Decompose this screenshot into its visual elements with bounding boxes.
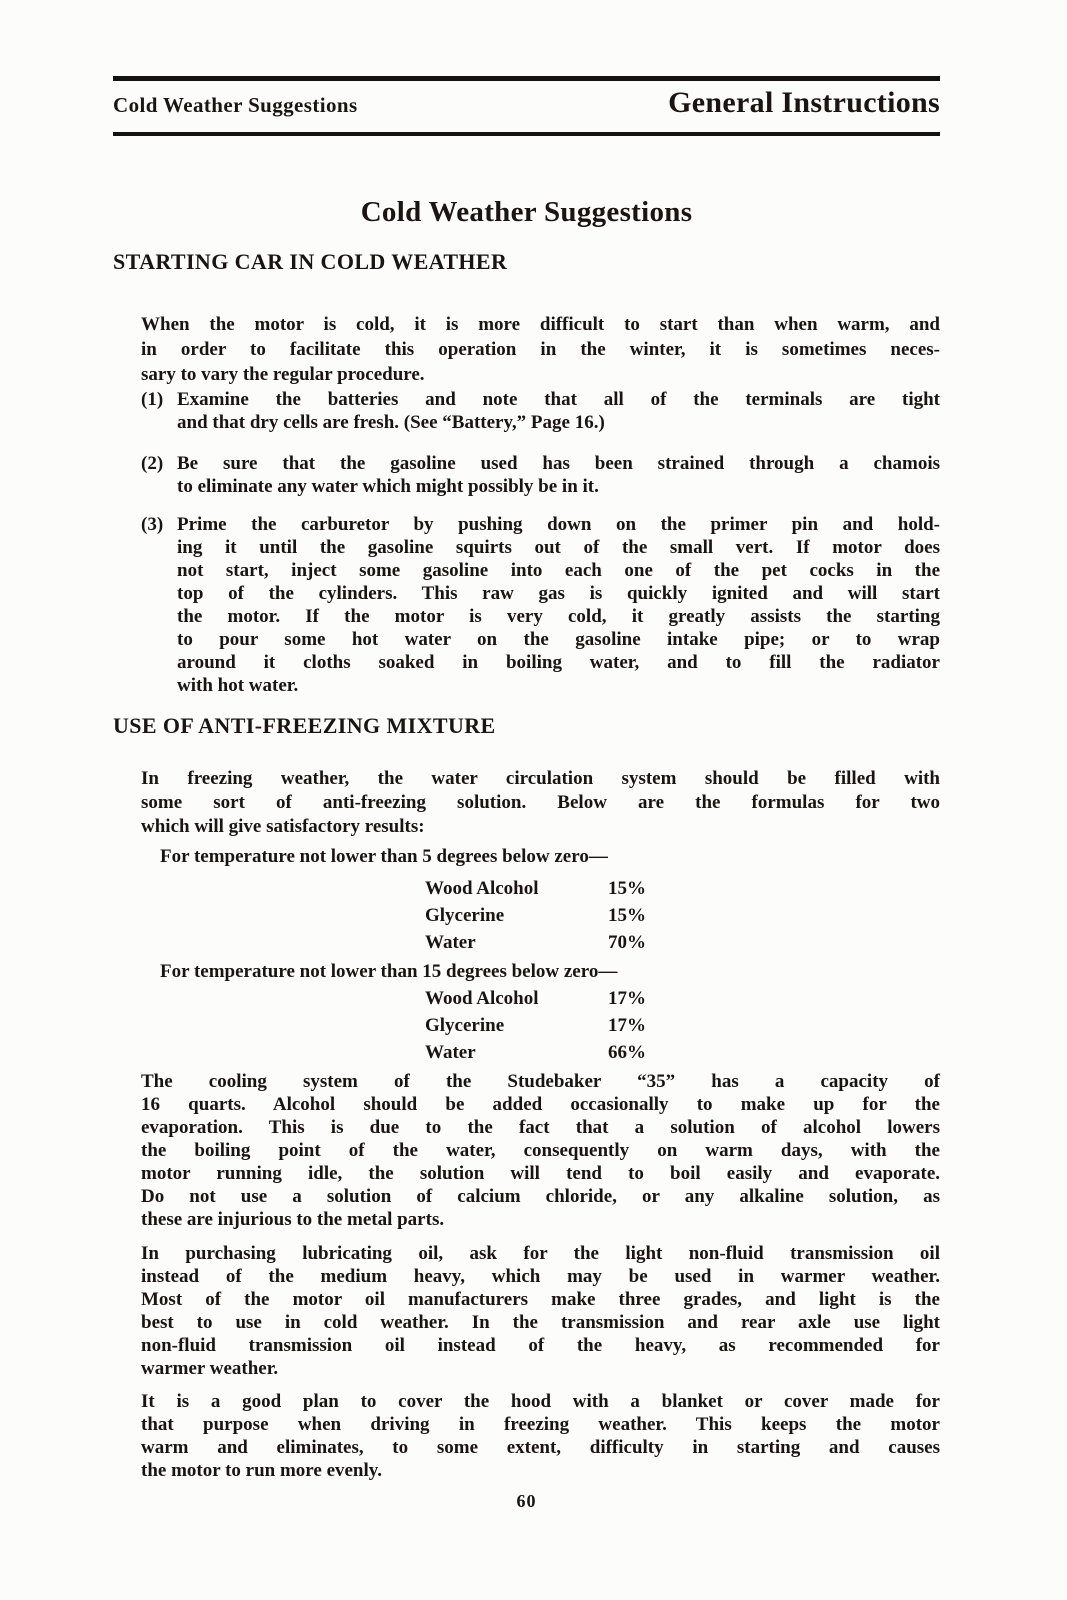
paragraph-antifreeze-intro: In freezing weather, the water circulati… xyxy=(141,767,940,839)
formula-row: Wood Alcohol17% xyxy=(425,985,940,1012)
text-line: In freezing weather, the water circulati… xyxy=(141,767,940,791)
item-text: Prime the carburetor by pushing down on … xyxy=(177,513,940,697)
page-number: 60 xyxy=(113,1491,940,1512)
ingredient-label: Wood Alcohol xyxy=(425,985,608,1012)
running-header-right: General Instructions xyxy=(668,86,940,120)
item-text: Examine the batteries and note that all … xyxy=(177,388,940,434)
text-line: and that dry cells are fresh. (See “Batt… xyxy=(177,411,940,434)
text-line: Prime the carburetor by pushing down on … xyxy=(177,513,940,536)
formula-row: Water70% xyxy=(425,929,940,956)
ingredient-percentage: 17% xyxy=(608,988,646,1009)
ingredient-label: Water xyxy=(425,929,608,956)
text-line: When the motor is cold, it is more diffi… xyxy=(141,312,940,337)
ingredient-label: Glycerine xyxy=(425,902,608,929)
text-line: best to use in cold weather. In the tran… xyxy=(141,1311,940,1334)
text-line: to pour some hot water on the gasoline i… xyxy=(177,628,940,651)
paragraph-cooling-system: The cooling system of the Studebaker “35… xyxy=(141,1070,940,1231)
numbered-item-3: (3) Prime the carburetor by pushing down… xyxy=(141,513,940,697)
text-line: instead of the medium heavy, which may b… xyxy=(141,1265,940,1288)
page-title: Cold Weather Suggestions xyxy=(113,196,940,229)
formula-table-15-degrees: Wood Alcohol17% Glycerine17% Water66% xyxy=(425,985,940,1066)
text-line: with hot water. xyxy=(177,674,940,697)
numbered-item-1: (1) Examine the batteries and note that … xyxy=(141,388,940,434)
formula-condition-15-degrees: For temperature not lower than 15 degree… xyxy=(160,960,940,984)
formula-row: Wood Alcohol15% xyxy=(425,875,940,902)
text-line: top of the cylinders. This raw gas is qu… xyxy=(177,582,940,605)
text-line: 16 quarts. Alcohol should be added occas… xyxy=(141,1093,940,1116)
section-heading-antifreeze: USE OF ANTI-FREEZING MIXTURE xyxy=(113,713,940,739)
scanned-manual-page: Cold Weather Suggestions General Instruc… xyxy=(0,0,1067,1600)
text-line: evaporation. This is due to the fact tha… xyxy=(141,1116,940,1139)
text-line: sary to vary the regular procedure. xyxy=(141,362,940,387)
paragraph-lubricating-oil: In purchasing lubricating oil, ask for t… xyxy=(141,1242,940,1380)
item-number: (3) xyxy=(141,513,163,536)
running-header: Cold Weather Suggestions General Instruc… xyxy=(113,86,940,120)
paragraph-hood-cover: It is a good plan to cover the hood with… xyxy=(141,1390,940,1482)
numbered-item-2: (2) Be sure that the gasoline used has b… xyxy=(141,452,940,498)
header-rule-top xyxy=(113,76,940,81)
text-line: in order to facilitate this operation in… xyxy=(141,337,940,362)
formula-table-5-degrees: Wood Alcohol15% Glycerine15% Water70% xyxy=(425,875,940,956)
text-line: that purpose when driving in freezing we… xyxy=(141,1413,940,1436)
section-heading-starting-car: STARTING CAR IN COLD WEATHER xyxy=(113,249,940,275)
formula-condition-5-degrees: For temperature not lower than 5 degrees… xyxy=(160,845,940,869)
ingredient-label: Wood Alcohol xyxy=(425,875,608,902)
text-line: these are injurious to the metal parts. xyxy=(141,1208,940,1231)
text-line: to eliminate any water which might possi… xyxy=(177,475,940,498)
text-line: Do not use a solution of calcium chlorid… xyxy=(141,1185,940,1208)
text-block: Cold Weather Suggestions General Instruc… xyxy=(113,0,940,1600)
header-rule-bottom xyxy=(113,132,940,136)
item-number: (1) xyxy=(141,388,163,411)
text-line: motor running idle, the solution will te… xyxy=(141,1162,940,1185)
ingredient-percentage: 17% xyxy=(608,1015,646,1036)
formula-row: Glycerine15% xyxy=(425,902,940,929)
formula-row: Glycerine17% xyxy=(425,1012,940,1039)
text-line: the motor. If the motor is very cold, it… xyxy=(177,605,940,628)
ingredient-percentage: 66% xyxy=(608,1042,646,1063)
text-line: which will give satisfactory results: xyxy=(141,815,940,839)
item-text: Be sure that the gasoline used has been … xyxy=(177,452,940,498)
text-line: Examine the batteries and note that all … xyxy=(177,388,940,411)
ingredient-percentage: 15% xyxy=(608,905,646,926)
text-line: It is a good plan to cover the hood with… xyxy=(141,1390,940,1413)
text-line: around it cloths soaked in boiling water… xyxy=(177,651,940,674)
text-line: non-fluid transmission oil instead of th… xyxy=(141,1334,940,1357)
text-line: warmer weather. xyxy=(141,1357,940,1380)
ingredient-percentage: 70% xyxy=(608,932,646,953)
text-line: not start, inject some gasoline into eac… xyxy=(177,559,940,582)
text-line: Most of the motor oil manufacturers make… xyxy=(141,1288,940,1311)
ingredient-label: Glycerine xyxy=(425,1012,608,1039)
formula-row: Water66% xyxy=(425,1039,940,1066)
text-line: ing it until the gasoline squirts out of… xyxy=(177,536,940,559)
ingredient-label: Water xyxy=(425,1039,608,1066)
text-line: Be sure that the gasoline used has been … xyxy=(177,452,940,475)
running-header-left: Cold Weather Suggestions xyxy=(113,93,358,118)
text-line: The cooling system of the Studebaker “35… xyxy=(141,1070,940,1093)
text-line: warm and eliminates, to some extent, dif… xyxy=(141,1436,940,1459)
text-line: the boiling point of the water, conseque… xyxy=(141,1139,940,1162)
text-line: the motor to run more evenly. xyxy=(141,1459,940,1482)
ingredient-percentage: 15% xyxy=(608,878,646,899)
text-line: In purchasing lubricating oil, ask for t… xyxy=(141,1242,940,1265)
paragraph-starting-intro: When the motor is cold, it is more diffi… xyxy=(141,312,940,387)
item-number: (2) xyxy=(141,452,163,475)
text-line: some sort of anti-freezing solution. Bel… xyxy=(141,791,940,815)
